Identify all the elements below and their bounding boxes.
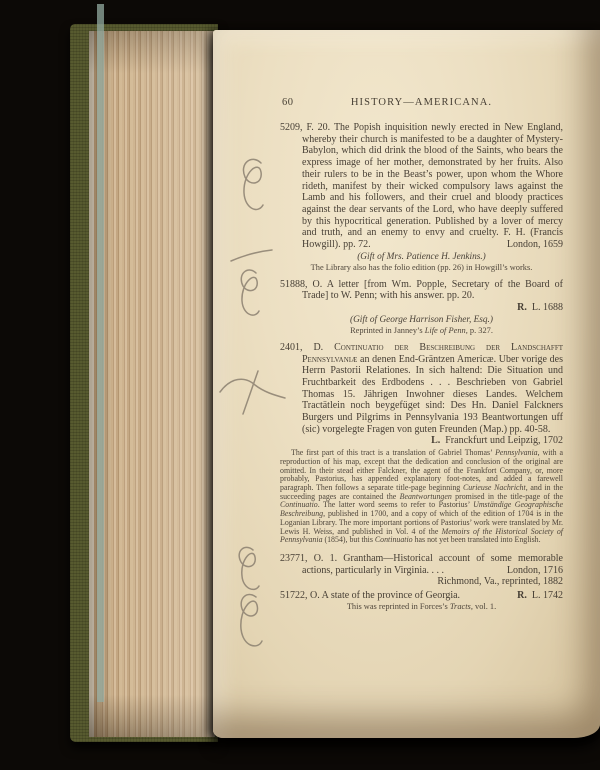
catalog-entry-51888: 51888, O. A letter [from Wm. Popple, Sec… — [280, 279, 563, 302]
catalog-entry-2401: 2401, D. Continuatio der Beschreibung de… — [280, 342, 563, 436]
page-title: HISTORY—AMERICANA. — [351, 97, 492, 108]
imprint-frankfurt-1702: L. Franckfurt und Leipzig, 1702 — [280, 435, 563, 447]
gift-line-fisher: (Gift of George Harrison Fisher, Esq.) — [280, 315, 563, 327]
book-page: 60 HISTORY—AMERICANA. 5209, F. 20. The P… — [213, 30, 600, 738]
photographed-book-page: 60 HISTORY—AMERICANA. 5209, F. 20. The P… — [0, 0, 600, 770]
library-note-howgill: The Library also has the folio edition (… — [280, 263, 563, 274]
catalog-entry-5209: 5209, F. 20. The Popish inquisition newl… — [280, 122, 563, 251]
stacked-page-edges — [89, 31, 215, 737]
running-head: 60 HISTORY—AMERICANA. — [280, 97, 563, 109]
page-number: 60 — [282, 97, 294, 109]
imprint-richmond-1882: Richmond, Va., reprinted, 1882 — [280, 576, 563, 588]
page-content: 60 HISTORY—AMERICANA. 5209, F. 20. The P… — [213, 30, 600, 738]
page-edge-teal-stripe — [97, 4, 104, 702]
library-note-forces-tracts: This was reprinted in Forces’s Tracts, v… — [280, 602, 563, 613]
library-note-janney: Reprinted in Janney’s Life of Penn, p. 3… — [280, 326, 563, 337]
bibliographic-annotation: The first part of this tract is a transl… — [280, 449, 563, 545]
imprint-rl-1688: R. L. 1688 — [280, 302, 563, 314]
gift-line-jenkins: (Gift of Mrs. Patience H. Jenkins.) — [280, 252, 563, 264]
